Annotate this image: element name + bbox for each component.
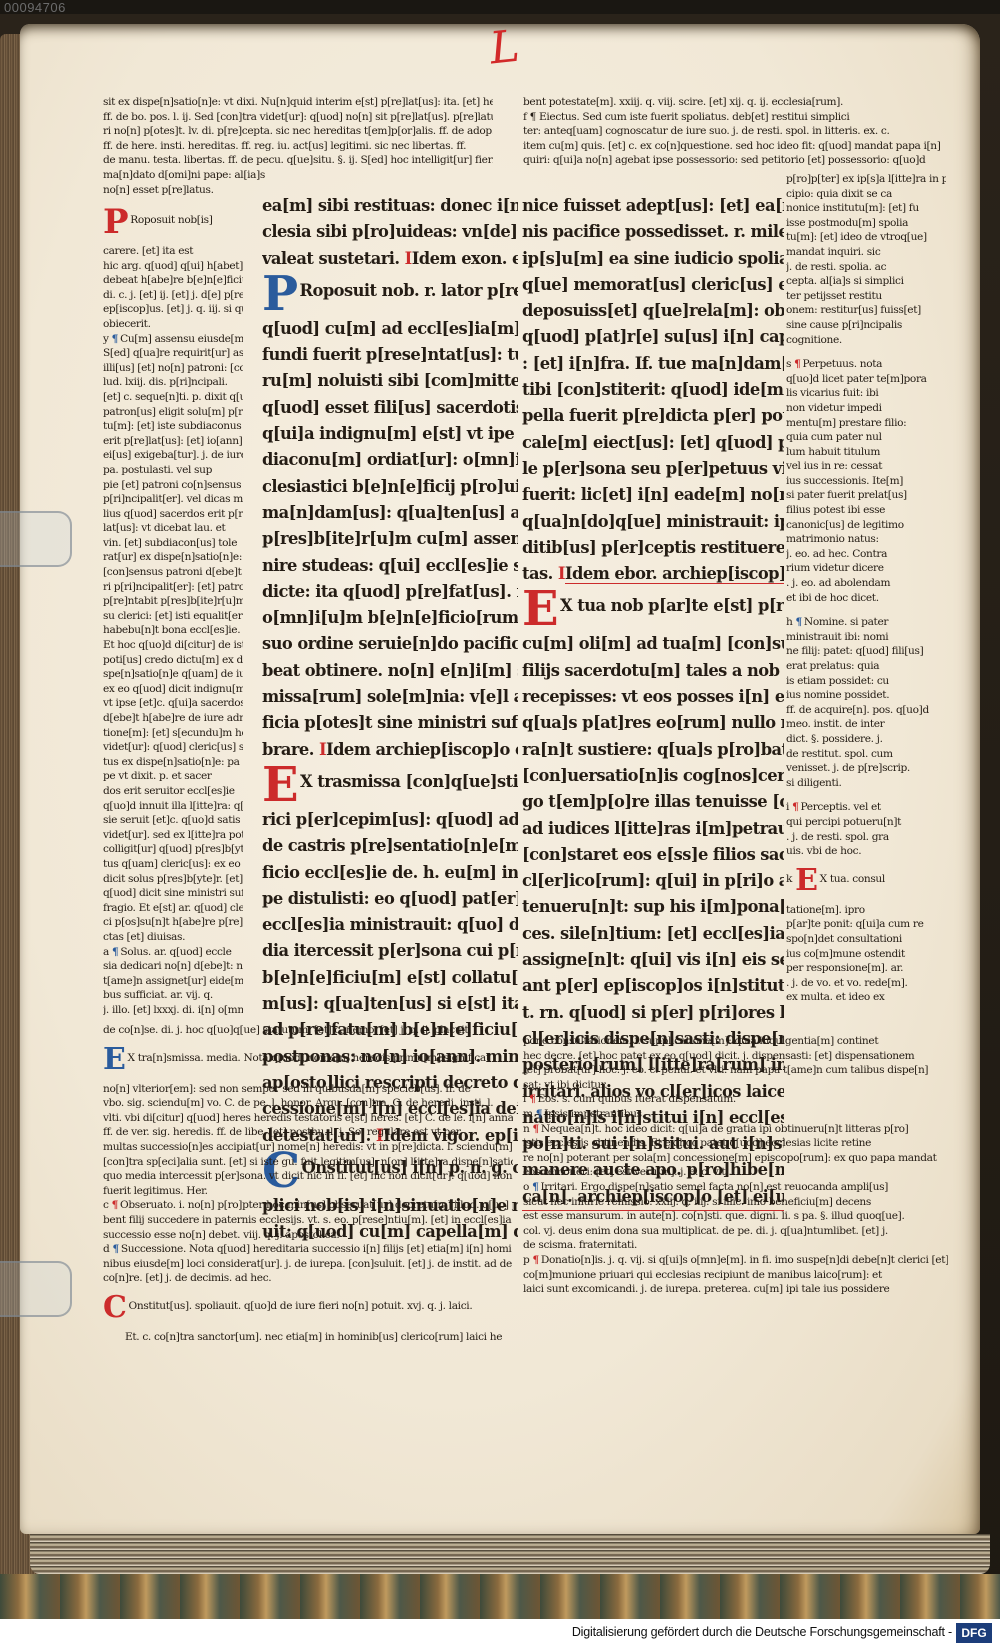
gloss-note-d: d ¶Successione. Nota q[uod] hereditaria … (103, 1242, 513, 1257)
gloss-right-column: p[ro]p[ter] ex ip[s]a l[itte]ra in p[ri]… (786, 172, 946, 1005)
gloss-bottom-right: pone consultationem. i. supplicatione[m]… (523, 1034, 948, 1297)
gloss-note-c: c ¶Obseruato. i. no[n] p[ro]pter hoc min… (103, 1198, 513, 1213)
book-cover-bottom (0, 1574, 1000, 1619)
gloss-bottom-left: de co[n]se. di. j. hoc q[uo]q[ue] statut… (103, 1023, 513, 1345)
blue-paragraph-mark-icon: ¶ (112, 333, 118, 345)
gloss-line: bent potestate[m]. xxiij. q. viij. scire… (523, 95, 953, 110)
gloss-line: item cu[m] quis. [et] c. ex co[n]questio… (523, 139, 953, 154)
gloss-note-p: p ¶Donatio[n]is. j. q. vij. si q[ui]s o[… (523, 1253, 948, 1268)
gloss-note-p: PRoposuit nob[is] (103, 200, 243, 244)
page-clip-bottom (0, 1261, 72, 1317)
gloss-note-cc: COnstitut[us]. spoliauit. q[uo]d de iure… (103, 1286, 513, 1330)
page-clip-top (0, 511, 72, 567)
red-paragraph-mark-icon: ¶ (794, 358, 800, 370)
blue-paragraph-mark-icon: ¶ (536, 1108, 542, 1120)
gloss-note-n: n ¶Nequea[n]t. hoc ideo dicit: q[ui]a de… (523, 1122, 948, 1137)
gloss-line: quiri: q[ui]a no[n] agebat ipse possesso… (523, 153, 953, 168)
gloss-note-y: y ¶Cu[m] assensu eiusde[m]. (103, 332, 243, 347)
funding-credit: Digitalisierung gefördert durch die Deut… (572, 1625, 952, 1639)
gloss-note-o: o ¶Irritari. Ergo dispe[n]satio semel fa… (523, 1180, 948, 1195)
gloss-line: sit ex dispe[n]satio[n]e: vt dixi. Nu[n]… (103, 95, 493, 110)
gloss-top-right: bent potestate[m]. xxiij. q. viij. scire… (523, 95, 953, 168)
blue-paragraph-mark-icon: ¶ (112, 1243, 118, 1255)
gloss-note-a: a ¶Solus. ar. q[uod] eccle (103, 945, 243, 960)
gloss-line: ri no[n] p[otes]t. lv. di. p[re]cepta. s… (103, 124, 493, 139)
gloss-note-h: h ¶Nomine. si pater (786, 615, 946, 630)
page-stack-edge (30, 1534, 990, 1574)
rubric-heading: Idem exon. ep[iscop]o (412, 249, 518, 268)
red-paragraph-mark-icon: ¶ (529, 1093, 535, 1105)
folio-mark: L (487, 21, 521, 75)
blue-paragraph-mark-icon: ¶ (796, 616, 802, 628)
red-paragraph-mark-icon: I (405, 249, 412, 268)
red-initial-c: C (103, 1286, 127, 1330)
gloss-note-s: s ¶Perpetuus. nota (786, 357, 946, 372)
red-paragraph-mark-icon: ¶ (533, 1123, 539, 1135)
gloss-line: ff. de bo. pos. l. ij. Sed [con]tra vide… (103, 110, 493, 125)
blue-paragraph-mark-icon: ¶ (532, 1181, 538, 1193)
rubric-heading: Idem archiep[iscop]o cante. (326, 740, 518, 759)
gloss-note-l: l ¶Eos. s. cum quibus fuerat dispensatum… (523, 1092, 948, 1107)
red-initial-e: E (795, 859, 818, 903)
blue-initial-e: E (103, 1038, 126, 1082)
red-paragraph-mark-icon: I (558, 564, 565, 583)
blue-initial-p: P (262, 272, 298, 316)
gloss-note-k: k EX tua. consul (786, 859, 946, 903)
red-initial-e: E (522, 587, 558, 631)
gloss-line: ff. de here. insti. hereditas. ff. reg. … (103, 139, 493, 154)
red-paragraph-mark-icon: ¶ (112, 1199, 118, 1211)
gloss-left-column: PRoposuit nob[is] carere. [et] ita est h… (103, 200, 243, 1017)
gloss-line: ter: anteq[uam] cognoscatur de iure suo.… (523, 124, 953, 139)
red-paragraph-mark-icon: I (319, 740, 326, 759)
gloss-note-m: m ¶Ipsis impetrantibus. (523, 1107, 948, 1122)
gloss-line: ma[n]dato d[omi]ni pape: al[ia]s (103, 168, 493, 183)
dfg-logo-icon: DFG (956, 1623, 992, 1643)
gloss-line: f ¶ Eiectus. Sed cum iste fuerit spoliat… (523, 110, 953, 125)
gloss-note-i: i ¶Perceptis. vel et (786, 800, 946, 815)
gloss-top-left: sit ex dispe[n]satio[n]e: vt dixi. Nu[n]… (103, 95, 493, 197)
red-initial-p: P (103, 200, 128, 244)
gloss-line: de manu. testa. libertas. ff. de pecu. q… (103, 153, 493, 168)
red-paragraph-mark-icon: ¶ (792, 801, 798, 813)
blue-paragraph-mark-icon: ¶ (112, 946, 118, 958)
funding-footer: Digitalisierung gefördert durch die Deut… (0, 1619, 1000, 1647)
red-paragraph-mark-icon: ¶ (532, 1254, 538, 1266)
rubric-heading: Idem ebor. archiep[iscop]o. (565, 564, 784, 584)
red-initial-e: E (262, 763, 298, 807)
